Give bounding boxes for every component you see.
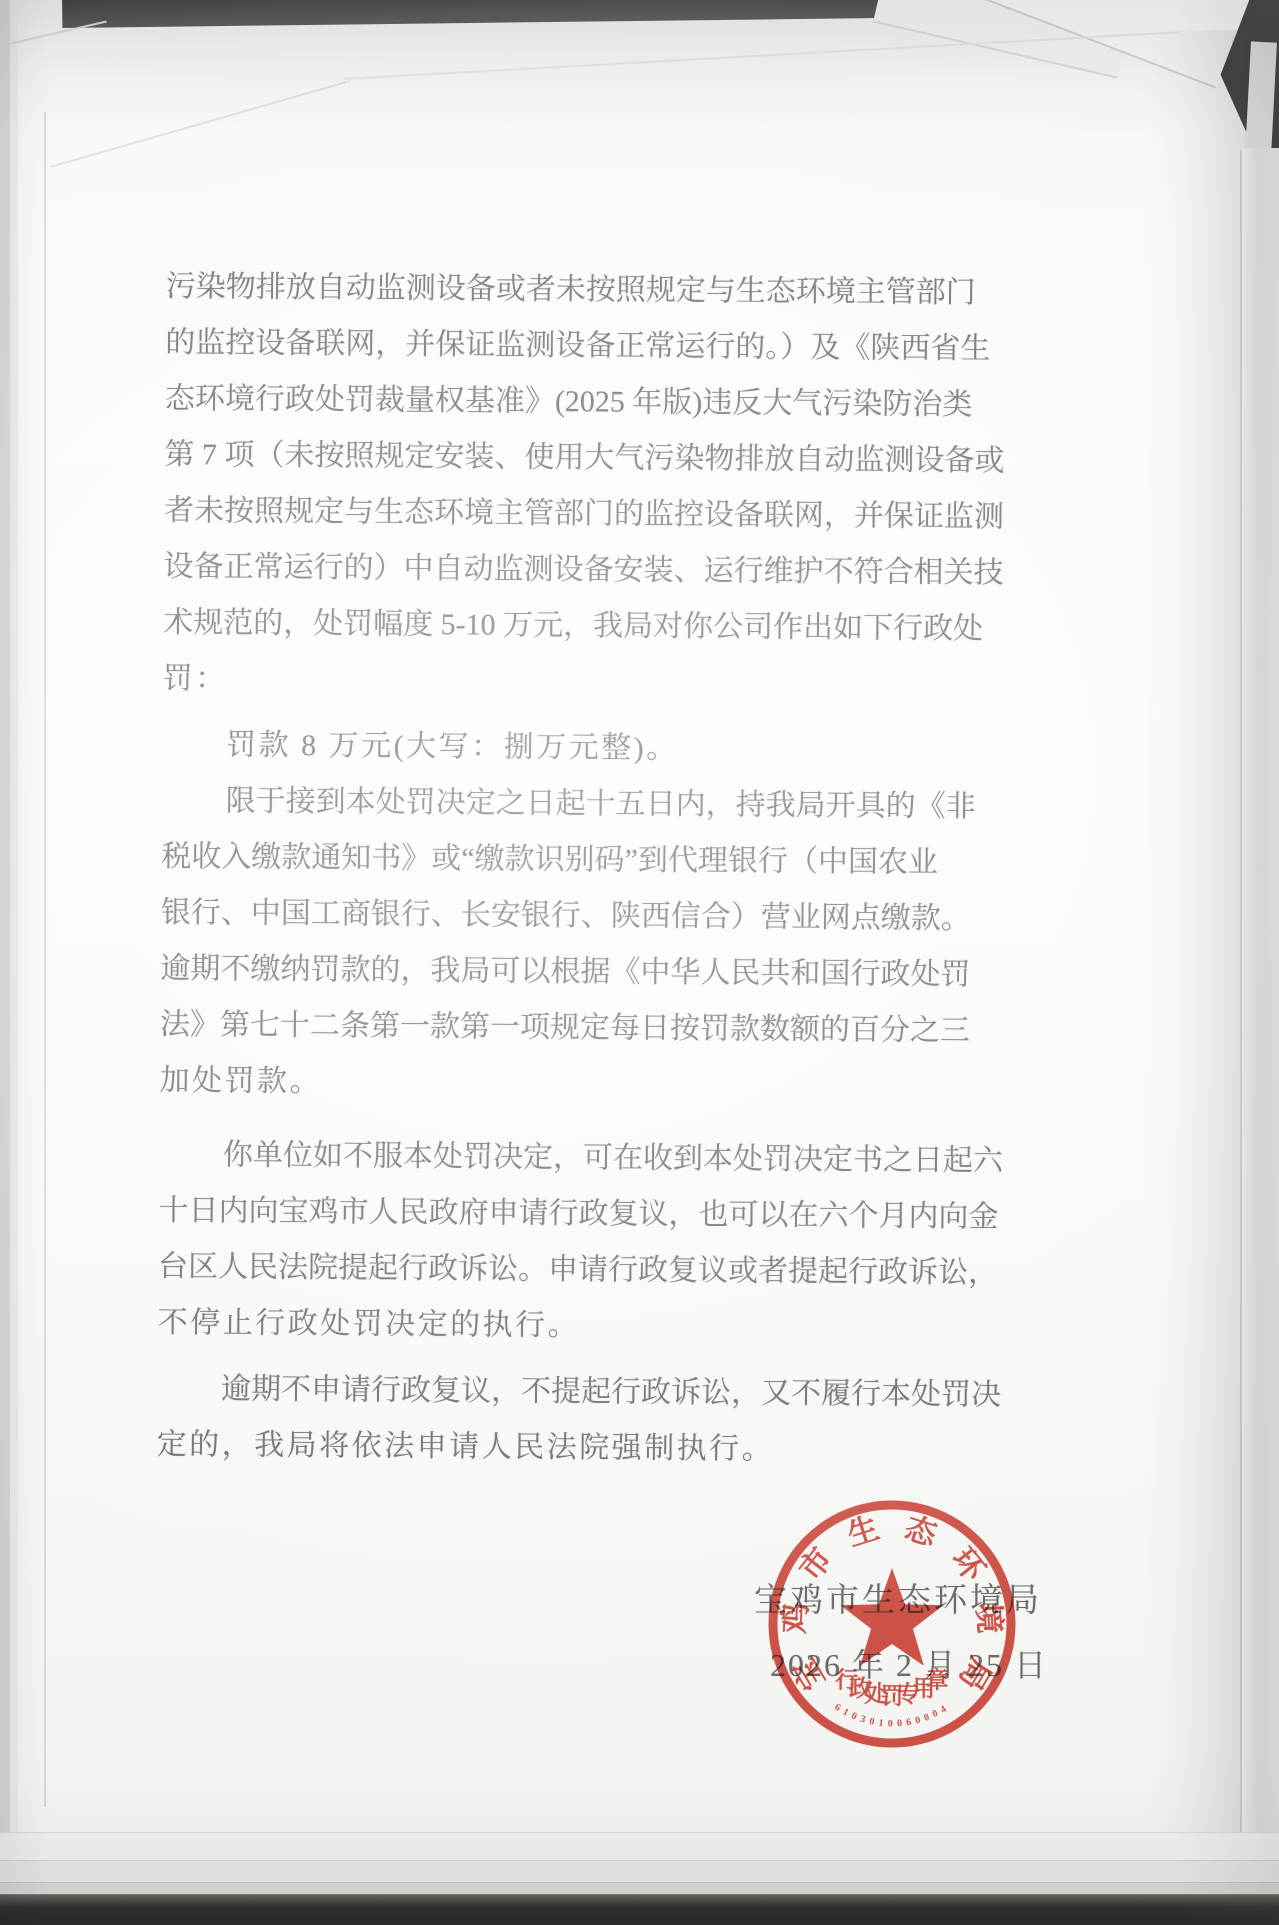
body-line: 第 7 项（未按照规定安装、使用大气污染物排放自动监测设备或 xyxy=(164,427,922,489)
svg-text:1: 1 xyxy=(878,1718,884,1729)
svg-text:0: 0 xyxy=(850,1710,859,1722)
body-line: 台区人民法院提起行政诉讼。申请行政复议或者提起行政诉讼， xyxy=(158,1239,916,1301)
body-line: 不停止行政处罚决定的执行。 xyxy=(157,1295,915,1357)
svg-text:0: 0 xyxy=(914,1715,922,1727)
svg-text:0: 0 xyxy=(922,1712,931,1724)
stacked-page-edge xyxy=(0,1832,1279,1861)
photo-bottom-background xyxy=(0,1894,1279,1925)
body-line: 法》第七十二条第一款第一项规定每日按罚款数额的百分之三 xyxy=(160,997,918,1059)
page-edge-line xyxy=(44,112,46,1807)
svg-text:0: 0 xyxy=(897,1718,903,1729)
stacked-page-edge xyxy=(0,1860,1279,1883)
body-line: 税收入缴款通知书》或“缴款识别码”到代理银行（中国农业 xyxy=(161,829,919,891)
body-line: 设备正常运行的）中自动监测设备安装、运行维护不符合相关技 xyxy=(163,539,921,601)
body-line: 限于接到本处罚决定之日起十五日内，持我局开具的《非 xyxy=(162,773,920,835)
photo-left-edge xyxy=(10,0,18,1925)
body-line: 罚： xyxy=(162,651,920,713)
svg-text:0: 0 xyxy=(868,1716,875,1728)
body-line: 污染物排放自动监测设备或者未按照规定与生态环境主管部门 xyxy=(166,259,924,321)
svg-text:6: 6 xyxy=(905,1717,912,1729)
body-line: 加处罚款。 xyxy=(159,1053,917,1115)
body-line: 逾期不申请行政复议，不提起行政诉讼，又不履行本处罚决 xyxy=(157,1361,915,1423)
svg-text:3: 3 xyxy=(859,1714,867,1726)
svg-text:6: 6 xyxy=(832,1702,842,1714)
page-edge-shadow xyxy=(1146,30,1246,1840)
document-photo: 污染物排放自动监测设备或者未按照规定与生态环境主管部门的监控设备联网，并保证监测… xyxy=(0,0,1279,1925)
photo-left-edge xyxy=(0,0,10,1925)
svg-text:1: 1 xyxy=(841,1707,851,1719)
body-line: 的监控设备联网，并保证监测设备正常运行的。）及《陕西省生 xyxy=(165,315,923,377)
body-line: 罚款 8 万元(大写：捌万元整)。 xyxy=(162,717,920,779)
body-line: 十日内向宝鸡市人民政府申请行政复议，也可以在六个月内向金 xyxy=(158,1183,916,1245)
official-seal: 宝鸡市生态环境局行政处罚专用章6103010060004 xyxy=(758,1490,1026,1758)
paragraph: 污染物排放自动监测设备或者未按照规定与生态环境主管部门的监控设备联网，并保证监测… xyxy=(162,259,923,713)
svg-text:生: 生 xyxy=(843,1510,883,1553)
paragraph: 逾期不申请行政复议，不提起行政诉讼，又不履行本处罚决定的，我局将依法申请人民法院… xyxy=(156,1361,915,1479)
body-line: 逾期不缴纳罚款的，我局可以根据《中华人民共和国行政处罚 xyxy=(160,941,918,1003)
paragraph: 限于接到本处罚决定之日起十五日内，持我局开具的《非税收入缴款通知书》或“缴款识别… xyxy=(159,773,920,1115)
svg-text:境: 境 xyxy=(970,1601,1007,1634)
paragraph: 罚款 8 万元(大写：捌万元整)。 xyxy=(162,717,920,779)
page-edge-gutter xyxy=(1242,148,1279,1848)
svg-text:4: 4 xyxy=(939,1704,949,1716)
paragraph: 你单位如不服本处罚决定，可在收到本处罚决定书之日起六十日内向宝鸡市人民政府申请行… xyxy=(157,1127,917,1357)
svg-text:0: 0 xyxy=(888,1718,893,1729)
svg-text:鸡: 鸡 xyxy=(777,1601,814,1634)
body-line: 银行、中国工商银行、长安银行、陕西信合）营业网点缴款。 xyxy=(161,885,919,947)
document-body-text: 污染物排放自动监测设备或者未按照规定与生态环境主管部门的监控设备联网，并保证监测… xyxy=(156,259,924,1479)
body-line: 者未按照规定与生态环境主管部门的监控设备联网，并保证监测 xyxy=(164,483,922,545)
body-line: 你单位如不服本处罚决定，可在收到本处罚决定书之日起六 xyxy=(159,1127,917,1189)
body-line: 态环境行政处罚裁量权基准》(2025 年版)违反大气污染防治类 xyxy=(165,371,923,433)
svg-text:0: 0 xyxy=(931,1708,940,1720)
body-line: 定的，我局将依法申请人民法院强制执行。 xyxy=(156,1417,914,1479)
svg-text:章: 章 xyxy=(926,1667,949,1693)
seal-star-icon xyxy=(841,1568,944,1666)
body-line: 术规范的，处罚幅度 5-10 万元，我局对你公司作出如下行政处 xyxy=(163,595,921,657)
